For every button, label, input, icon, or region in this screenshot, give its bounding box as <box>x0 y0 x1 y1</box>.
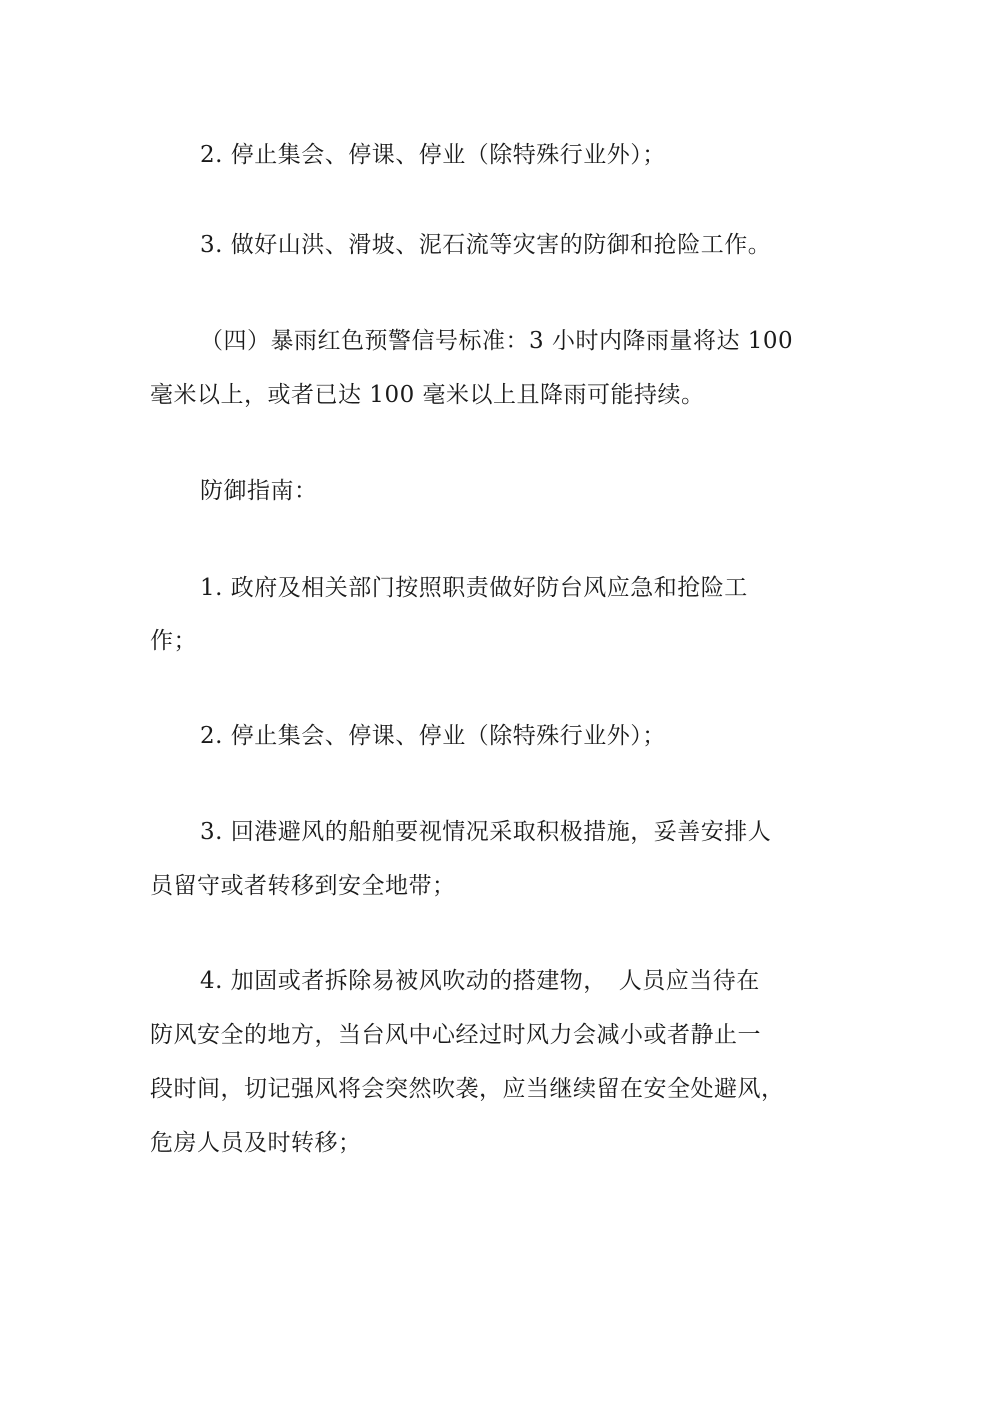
section-heading-red-warning-cont: 毫米以上，或者已达 100 毫米以上且降雨可能持续。 <box>150 381 705 409</box>
guide-item-3: 3. 回港避风的船舶要视情况采取积极措施，妥善安排人 <box>200 818 771 846</box>
section-heading-red-warning: （四）暴雨红色预警信号标准：3 小时内降雨量将达 100 <box>200 327 793 355</box>
guide-item-4-cont-2: 段时间，切记强风将会突然吹袭，应当继续留在安全处避风， <box>150 1075 785 1103</box>
guide-item-1: 1. 政府及相关部门按照职责做好防台风应急和抢险工 <box>200 574 748 602</box>
guide-item-3-cont: 员留守或者转移到安全地带； <box>150 872 456 900</box>
guide-item-4-cont-1: 防风安全的地方，当台风中心经过时风力会减小或者静止一 <box>150 1021 761 1049</box>
list-item-2-stop-gatherings: 2. 停止集会、停课、停业（除特殊行业外）； <box>200 141 666 169</box>
defense-guide-label: 防御指南： <box>200 477 318 505</box>
guide-item-1-cont: 作； <box>150 627 197 655</box>
list-item-3-flood-defense: 3. 做好山洪、滑坡、泥石流等灾害的防御和抢险工作。 <box>200 231 771 259</box>
guide-item-4: 4. 加固或者拆除易被风吹动的搭建物， 人员应当待在 <box>200 967 760 995</box>
guide-item-4-cont-3: 危房人员及时转移； <box>150 1129 362 1157</box>
guide-item-2: 2. 停止集会、停课、停业（除特殊行业外）； <box>200 722 666 750</box>
